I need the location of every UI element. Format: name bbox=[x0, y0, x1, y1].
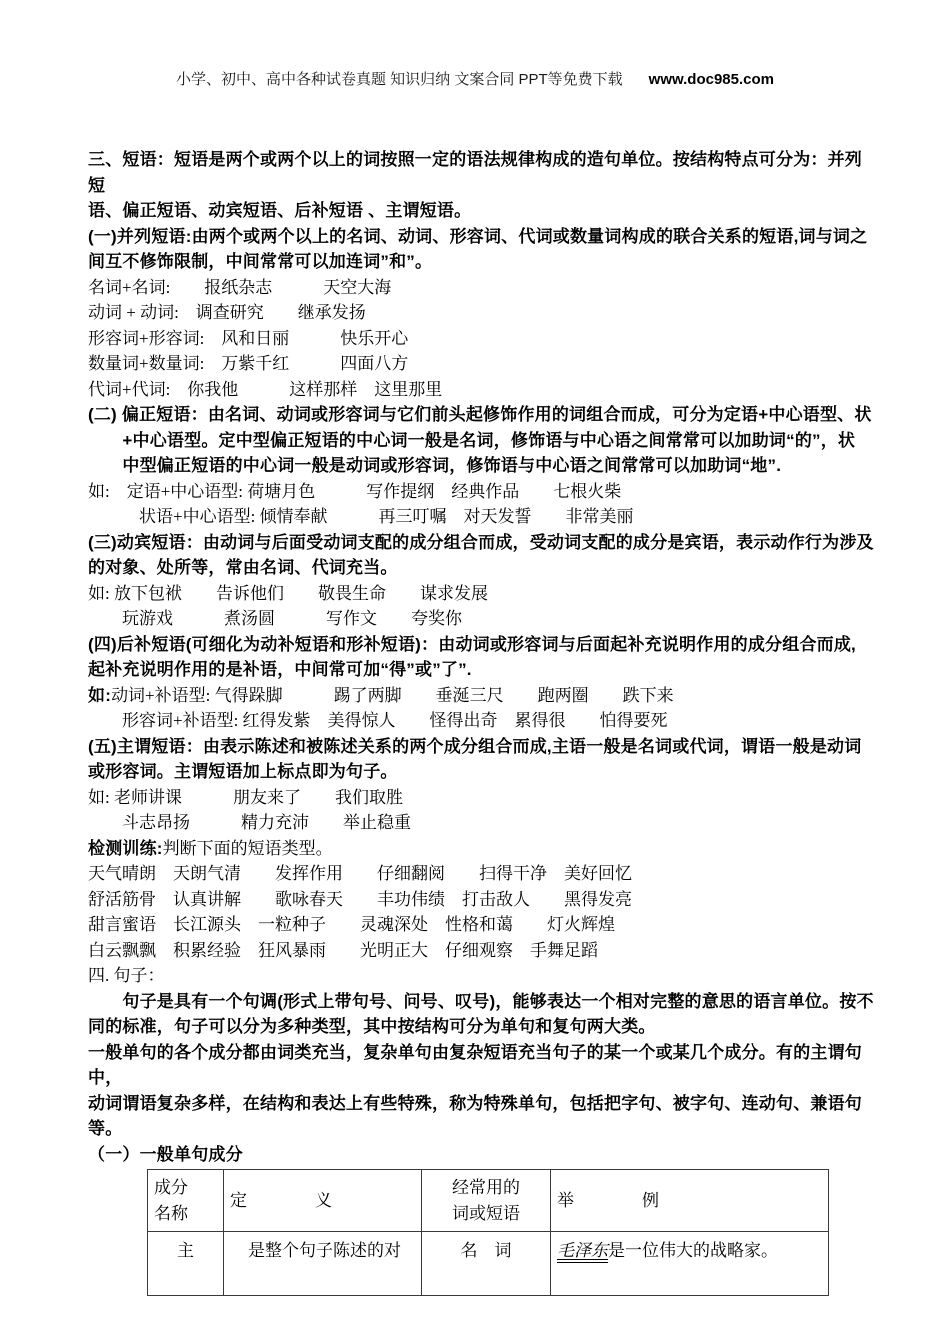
header-cell-example: 举 例 bbox=[551, 1170, 829, 1232]
doc-line: +中心语型。定中型偏正短语的中心词一般是名词，修饰语与中心语之间常常可以加助词“… bbox=[88, 428, 874, 454]
header-cell-definition: 定 义 bbox=[224, 1170, 422, 1232]
doc-line: 的对象、处所等，常由名词、代词充当。 bbox=[88, 555, 874, 581]
doc-line: 动词 + 动词: 调查研究 继承发扬 bbox=[88, 300, 874, 326]
doc-line: 名词+名词: 报纸杂志 天空大海 bbox=[88, 275, 874, 301]
doc-line: 语、偏正短语、动宾短语、后补短语 、主谓短语。 bbox=[88, 198, 874, 224]
doc-line: 起补充说明作用的是补语，中间常可加“得”或”了”. bbox=[88, 657, 874, 683]
doc-line: 同的标准，句子可以分为多种类型，其中按结构可分为单句和复句两大类。 bbox=[88, 1014, 874, 1040]
header-promo-text: 小学、初中、高中各种试卷真题 知识归纳 文案合同 PPT等免费下载 bbox=[176, 71, 623, 88]
doc-line: 如:动词+补语型: 气得跺脚 踢了两脚 垂涎三尺 跑两圈 跌下来 bbox=[88, 683, 874, 709]
doc-line: 形容词+形容词: 风和日丽 快乐开心 bbox=[88, 326, 874, 352]
doc-line: 舒活筋骨 认真讲解 歌咏春天 丰功伟绩 打击敌人 黑得发亮 bbox=[88, 887, 874, 913]
doc-line: (四)后补短语(可细化为动补短语和形补短语)：由动词或形容词与后面起补充说明作用… bbox=[88, 632, 874, 658]
document-page: 小学、初中、高中各种试卷真题 知识归纳 文案合同 PPT等免费下载www.doc… bbox=[0, 0, 950, 1344]
doc-line: 一般单句的各个成分都由词类充当，复杂单句由复杂短语充当句子的某一个或某几个成分。… bbox=[88, 1040, 874, 1091]
doc-line: 间互不修饰限制，中间常常可以加连词”和”。 bbox=[88, 249, 874, 275]
doc-line: 斗志昂扬 精力充沛 举止稳重 bbox=[88, 810, 874, 836]
cell-component: 主 bbox=[148, 1232, 224, 1296]
document-body: 三、短语：短语是两个或两个以上的词按照一定的语法规律构成的造句单位。按结构特点可… bbox=[88, 147, 874, 1296]
doc-line: 检测训练:判断下面的短语类型。 bbox=[88, 836, 874, 862]
doc-line: (三)动宾短语：由动词与后面受动词支配的成分组合而成，受动词支配的成分是宾语，表… bbox=[88, 530, 874, 556]
doc-line: （一）一般单句成分 bbox=[88, 1142, 874, 1168]
doc-line: 形容词+补语型: 红得发紫 美得惊人 怪得出奇 累得很 怕得要死 bbox=[88, 708, 874, 734]
doc-line: 天气晴朗 天朗气清 发挥作用 仔细翻阅 扫得干净 美好回忆 bbox=[88, 861, 874, 887]
doc-line: 甜言蜜语 长江源头 一粒种子 灵魂深处 性格和蔼 灯火辉煌 bbox=[88, 912, 874, 938]
doc-line: 状语+中心语型: 倾情奉献 再三叮嘱 对天发誓 非常美丽 bbox=[88, 504, 874, 530]
cell-definition: 是整个句子陈述的对 bbox=[224, 1232, 422, 1296]
cell-example: 毛泽东是一位伟大的战略家。 bbox=[551, 1232, 829, 1296]
doc-line: 白云飘飘 积累经验 狂风暴雨 光明正大 仔细观察 手舞足蹈 bbox=[88, 938, 874, 964]
example-subject-underlined: 毛泽东 bbox=[557, 1241, 608, 1260]
doc-line: 数量词+数量词: 万紫千红 四面八方 bbox=[88, 351, 874, 377]
doc-line: 四. 句子： bbox=[88, 963, 874, 989]
example-rest: 是一位伟大的战略家。 bbox=[608, 1241, 778, 1260]
table-header-row: 成分 名称 定 义 经常用的 词或短语 举 例 bbox=[148, 1170, 829, 1232]
table-row: 主 是整个句子陈述的对 名 词 毛泽东是一位伟大的战略家。 bbox=[148, 1232, 829, 1296]
sentence-components-table: 成分 名称 定 义 经常用的 词或短语 举 例 主 是整个句子陈述的对 名 词 … bbox=[147, 1169, 829, 1296]
doc-line: 三、短语：短语是两个或两个以上的词按照一定的语法规律构成的造句单位。按结构特点可… bbox=[88, 147, 874, 198]
doc-line: (一)并列短语:由两个或两个以上的名词、动词、形容词、代词或数量词构成的联合关系… bbox=[88, 224, 874, 250]
doc-line: 动词谓语复杂多样，在结构和表达上有些特殊，称为特殊单句，包括把字句、被字句、连动… bbox=[88, 1091, 874, 1142]
doc-line: 如: 定语+中心语型: 荷塘月色 写作提纲 经典作品 七根火柴 bbox=[88, 479, 874, 505]
doc-line: 或形容词。主谓短语加上标点即为句子。 bbox=[88, 759, 874, 785]
doc-line: (二) 偏正短语：由名词、动词或形容词与它们前头起修饰作用的词组合而成，可分为定… bbox=[88, 402, 874, 428]
doc-line: (五)主谓短语：由表示陈述和被陈述关系的两个成分组合而成,主语一般是名词或代词，… bbox=[88, 734, 874, 760]
doc-line: 如: 放下包袱 告诉他们 敬畏生命 谋求发展 bbox=[88, 581, 874, 607]
doc-line: 句子是具有一个句调(形式上带句号、问号、叹号)，能够表达一个相对完整的意思的语言… bbox=[88, 989, 874, 1015]
doc-line: 如: 老师讲课 朋友来了 我们取胜 bbox=[88, 785, 874, 811]
page-header: 小学、初中、高中各种试卷真题 知识归纳 文案合同 PPT等免费下载www.doc… bbox=[0, 68, 950, 89]
header-cell-words: 经常用的 词或短语 bbox=[422, 1170, 551, 1232]
doc-line: 中型偏正短语的中心词一般是动词或形容词，修饰语与中心语之间常常可以加助词“地”. bbox=[88, 453, 874, 479]
cell-word-type: 名 词 bbox=[422, 1232, 551, 1296]
header-cell-component: 成分 名称 bbox=[148, 1170, 224, 1232]
doc-line: 代词+代词: 你我他 这样那样 这里那里 bbox=[88, 377, 874, 403]
header-site-link[interactable]: www.doc985.com bbox=[649, 71, 774, 88]
doc-line: 玩游戏 煮汤圆 写作文 夸奖你 bbox=[88, 606, 874, 632]
